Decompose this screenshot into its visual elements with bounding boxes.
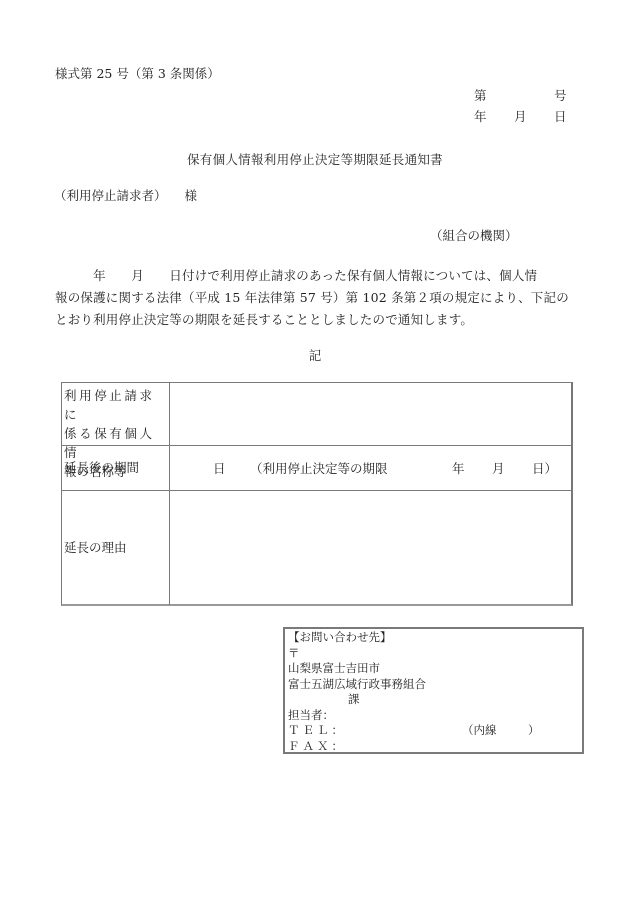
body-line: 報の保護に関する法律（平成 15 年法律第 57 号）第 102 条第２項の規定… bbox=[55, 287, 580, 309]
recipient-honorific: 様 bbox=[185, 188, 198, 203]
reason-field[interactable] bbox=[170, 490, 571, 605]
contact-fax: ＦＡＸ： bbox=[288, 739, 582, 755]
deadline-day: 日） bbox=[532, 459, 557, 477]
period-day: 日 bbox=[213, 459, 226, 477]
document-title: 保有個人情報利用停止決定等期限延長通知書 bbox=[0, 150, 630, 168]
details-table: 利用停止請求に 係る保有個人情 報の名称等 延長後の期間 日 （利用停止決定等の… bbox=[61, 382, 573, 606]
table-row: 延長の理由 bbox=[62, 490, 571, 605]
extended-period-field[interactable]: 日 （利用停止決定等の期限 年 月 日） bbox=[170, 445, 571, 490]
tel-label: ＴＥＬ： bbox=[288, 723, 346, 737]
deadline-month: 月 bbox=[492, 459, 505, 477]
contact-address: 山梨県富士吉田市 bbox=[288, 661, 582, 677]
table-row: 延長後の期間 日 （利用停止決定等の期限 年 月 日） bbox=[62, 445, 571, 491]
body-line: とおり利用停止決定等の期限を延長することとしましたので通知します。 bbox=[55, 309, 580, 331]
deadline-year: 年 bbox=[452, 459, 465, 477]
extension-close: ） bbox=[528, 723, 540, 739]
sender-organization: （組合の機関） bbox=[430, 226, 518, 244]
date-month: 月 bbox=[514, 107, 527, 125]
deadline-label: （利用停止決定等の期限 bbox=[250, 459, 388, 477]
table-row: 利用停止請求に 係る保有個人情 報の名称等 bbox=[62, 383, 571, 446]
doc-number-suffix: 号 bbox=[554, 86, 567, 104]
recipient-label: （利用停止請求者） bbox=[54, 188, 167, 203]
info-name-field[interactable] bbox=[170, 383, 571, 445]
row-label-reason: 延長の理由 bbox=[62, 490, 170, 605]
doc-number-prefix: 第 bbox=[474, 86, 487, 104]
form-number: 様式第 25 号（第 3 条関係） bbox=[55, 64, 220, 82]
contact-organization: 富士五湖広域行政事務組合 bbox=[288, 677, 582, 693]
recipient: （利用停止請求者）様 bbox=[54, 186, 197, 204]
row-label-info-name: 利用停止請求に 係る保有個人情 報の名称等 bbox=[62, 383, 170, 445]
body-text: 年 月 日付けで利用停止請求のあった保有個人情報については、個人情 報の保護に関… bbox=[55, 265, 580, 331]
contact-tel: ＴＥＬ： （内線 ） bbox=[288, 723, 582, 739]
extension-label: （内線 bbox=[462, 723, 497, 739]
date-year: 年 bbox=[474, 107, 487, 125]
contact-person: 担当者： bbox=[288, 708, 582, 724]
date-day: 日 bbox=[554, 107, 567, 125]
postal-mark: 〒 bbox=[288, 646, 582, 662]
contact-heading: 【お問い合わせ先】 bbox=[288, 630, 582, 646]
row-label-extended-period: 延長後の期間 bbox=[62, 445, 170, 490]
ki-heading: 記 bbox=[0, 346, 630, 364]
contact-box: 【お問い合わせ先】 〒 山梨県富士吉田市 富士五湖広域行政事務組合 課 担当者：… bbox=[283, 627, 584, 754]
body-line: 年 月 日付けで利用停止請求のあった保有個人情報については、個人情 bbox=[55, 265, 580, 287]
label-line: 利用停止請求に bbox=[64, 386, 169, 424]
contact-section: 課 bbox=[288, 692, 582, 708]
